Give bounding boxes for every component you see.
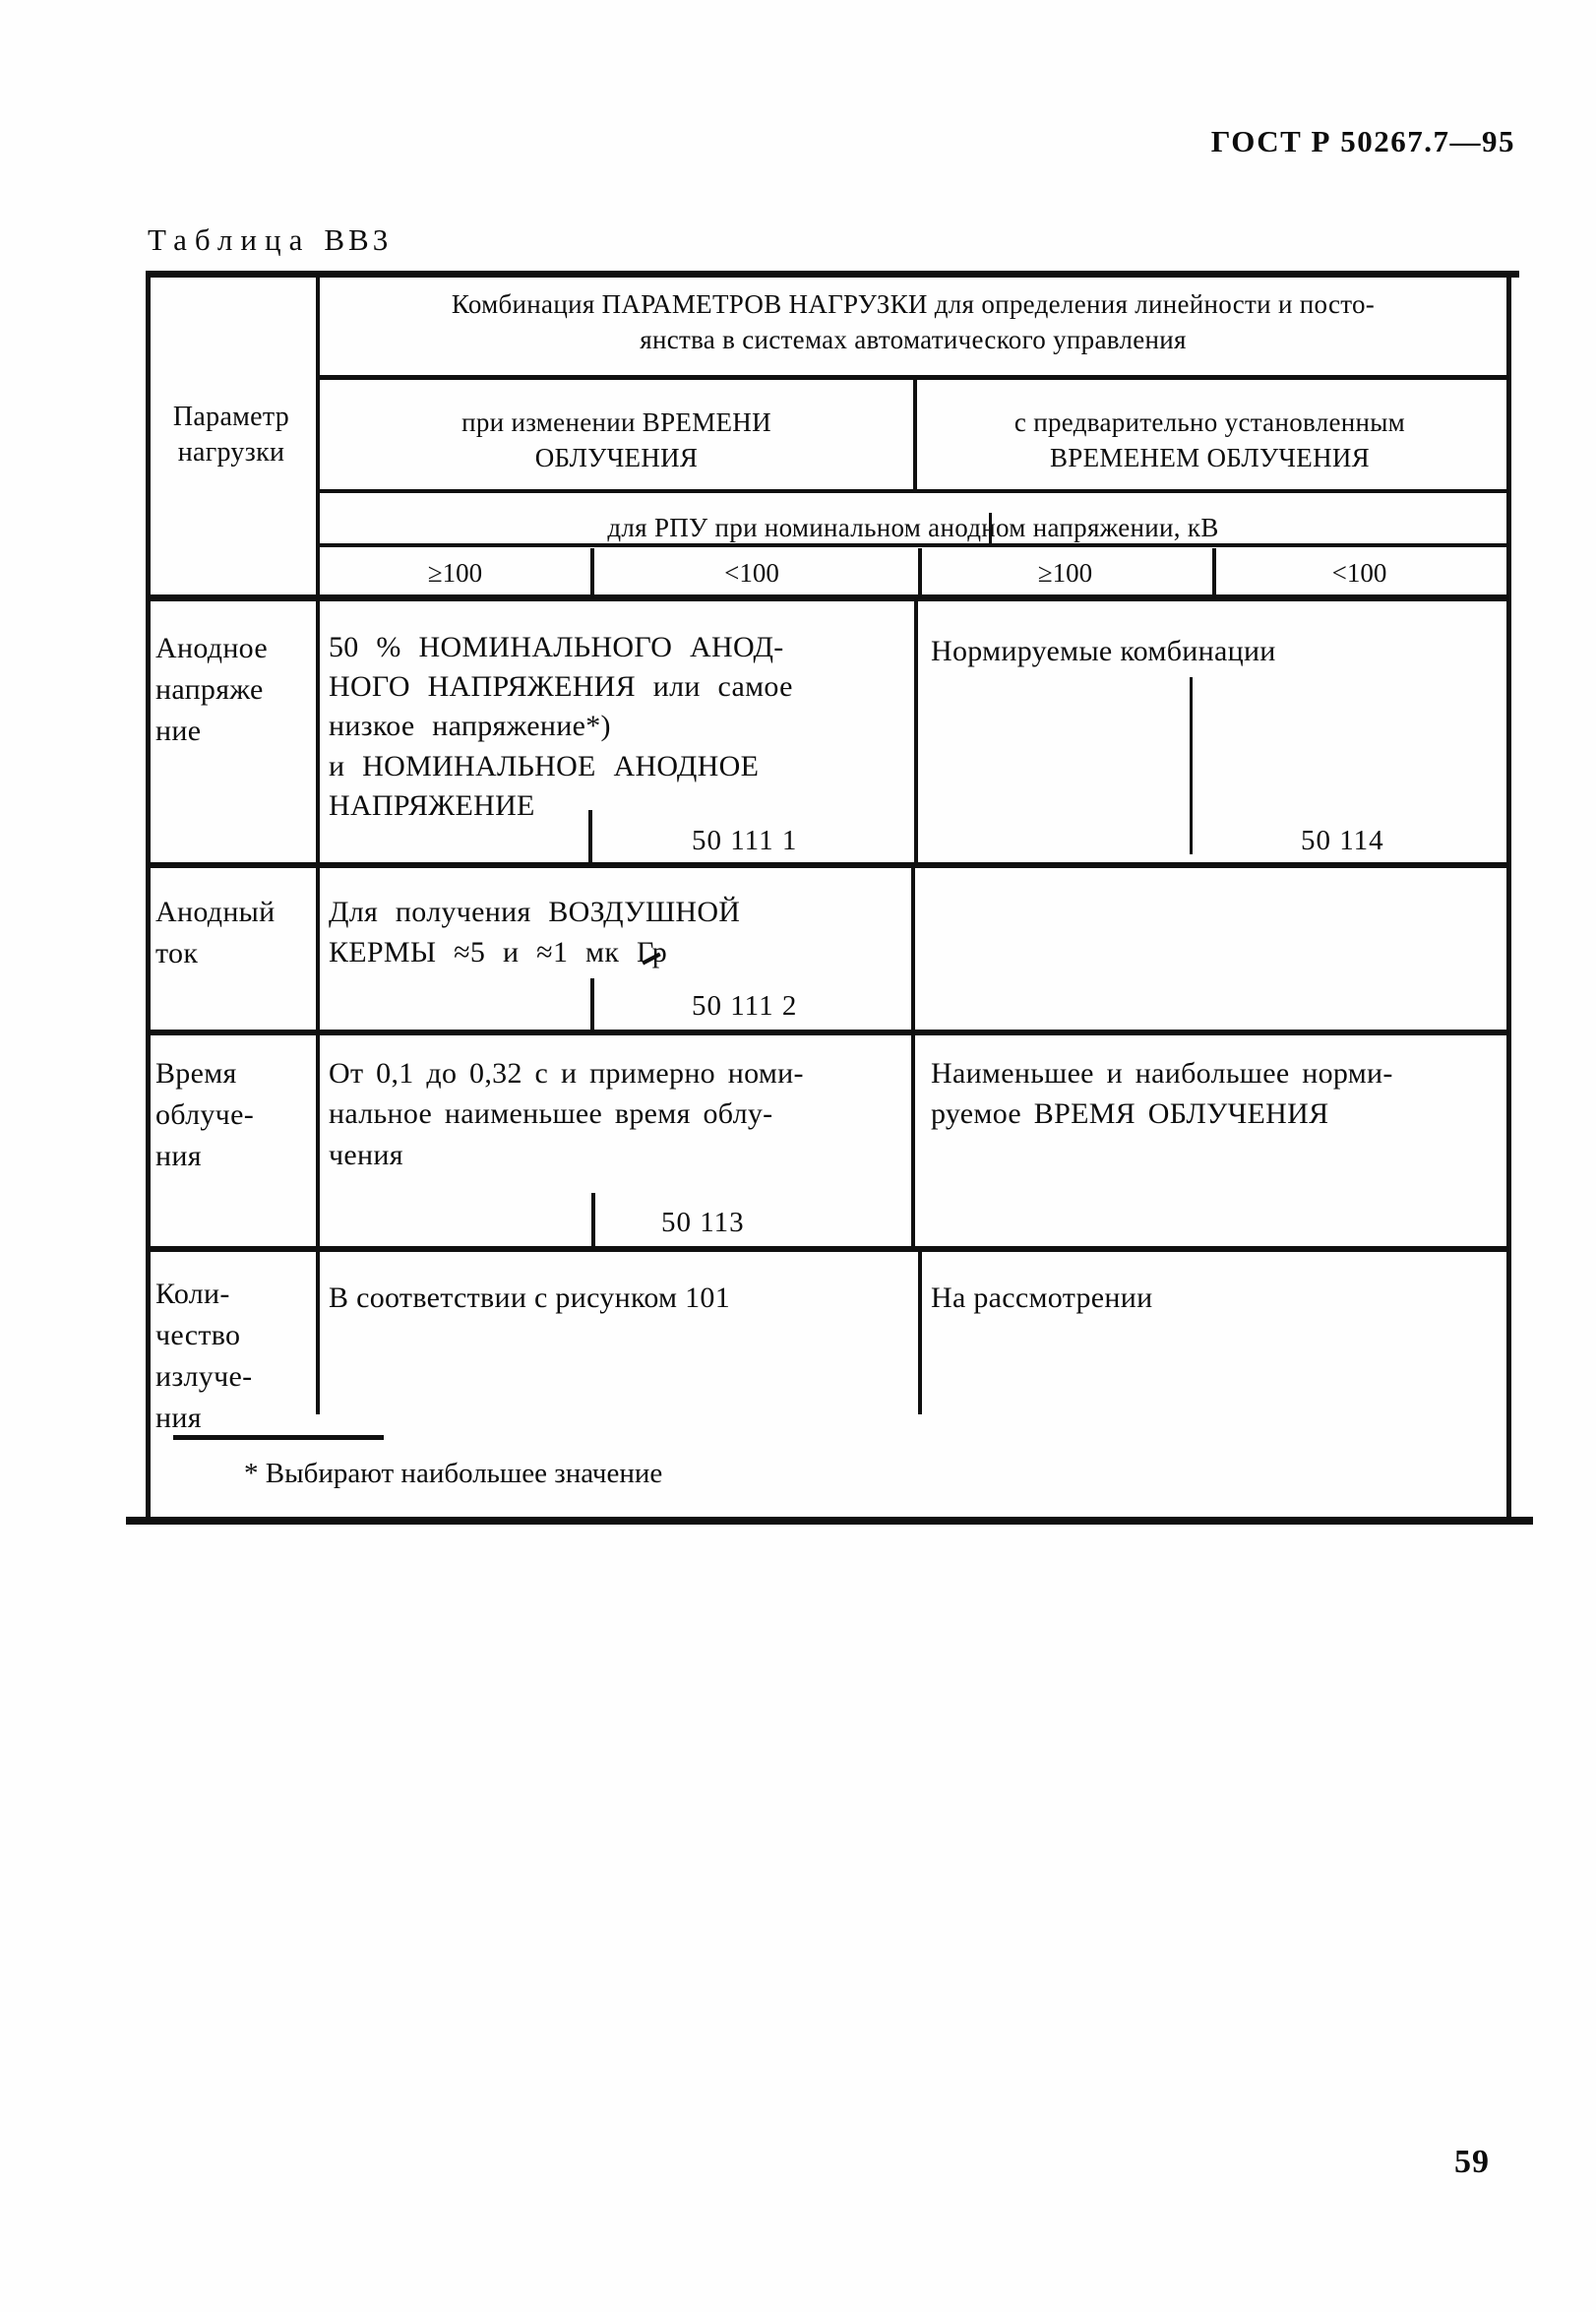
row2-param-label: Анодный ток xyxy=(155,892,318,974)
sub-header-anode-voltage: для РПУ при номинальном анодном напряжен… xyxy=(320,511,1506,546)
row4-left-cell: В соответствии с рисунком 101 xyxy=(329,1278,905,1318)
row1-right-code: 50 114 xyxy=(1301,825,1384,857)
combo-title-header: Комбинация ПАРАМЕТРОВ НАГРУЗКИ для опред… xyxy=(320,287,1506,357)
kv-col-header-lt100-left: <100 xyxy=(590,558,913,589)
row1-left-code: 50 111 1 xyxy=(692,825,797,857)
footnote-text: * Выбирают наибольшее значение xyxy=(244,1458,662,1490)
rule-header-bottom xyxy=(146,594,1511,601)
kv-col-header-ge100-right: ≥100 xyxy=(918,558,1212,589)
rule-row2-bottom xyxy=(146,1030,1511,1035)
kv-col-header-ge100-left: ≥100 xyxy=(320,558,590,589)
table-caption-number: ВВ3 xyxy=(324,222,392,257)
divider-center-row2 xyxy=(911,868,915,1030)
row1-param-label: Анодное напряже ние xyxy=(155,628,318,752)
rule-row1-bottom xyxy=(146,862,1511,868)
table-border-top xyxy=(146,271,1519,278)
scanned-document-page: ГОСТ Р 50267.7—95 ТаблицаВВ3 xyxy=(0,0,1596,2312)
row2-left-cell: Для получения ВОЗДУШНОЙ КЕРМЫ ≈5 и ≈1 мк… xyxy=(329,892,905,973)
group-header-preset-time: с предварительно установленным ВРЕМЕНЕМ … xyxy=(913,406,1506,475)
table-caption-label: Таблица xyxy=(148,222,310,257)
group-header-varying-time: при изменении ВРЕМЕНИ ОБЛУЧЕНИЯ xyxy=(320,406,913,475)
table-caption: ТаблицаВВ3 xyxy=(148,222,392,258)
table-border-bottom xyxy=(126,1517,1533,1525)
row2-left-code: 50 111 2 xyxy=(692,990,797,1023)
rule-row3-bottom xyxy=(146,1246,1511,1252)
divider-center-row4 xyxy=(918,1252,922,1414)
rule-under-group-headers xyxy=(320,489,1506,493)
row3-left-code: 50 113 xyxy=(661,1207,745,1239)
divider-stub-row3-left xyxy=(591,1193,595,1246)
row1-right-cell: Нормируемые комбинации xyxy=(931,631,1500,671)
row4-param-label: Коли- чество излуче- ния xyxy=(155,1274,318,1439)
divider-stub-row1-right xyxy=(1190,677,1193,854)
row4-right-cell: На рассмотрении xyxy=(931,1278,1500,1318)
row3-param-label: Время облуче- ния xyxy=(155,1053,318,1177)
page-number: 59 xyxy=(1454,2144,1490,2181)
kv-col-header-lt100-right: <100 xyxy=(1212,558,1506,589)
row1-left-cell: 50 % НОМИНАЛЬНОГО АНОД- НОГО НАПРЯЖЕНИЯ … xyxy=(329,628,905,826)
divider-center-row1 xyxy=(914,601,918,862)
param-column-header: Параметр нагрузки xyxy=(146,400,317,471)
footnote-separator xyxy=(173,1435,384,1440)
divider-center-row3 xyxy=(911,1035,915,1246)
row3-left-cell: От 0,1 до 0,32 с и примерно номи- нально… xyxy=(329,1053,905,1175)
table-border-right xyxy=(1506,271,1511,1525)
divider-stub-row2-left xyxy=(590,978,594,1030)
doc-number: ГОСТ Р 50267.7—95 xyxy=(984,124,1515,159)
row3-right-cell: Наименьшее и наибольшее норми- руемое ВР… xyxy=(931,1053,1500,1135)
